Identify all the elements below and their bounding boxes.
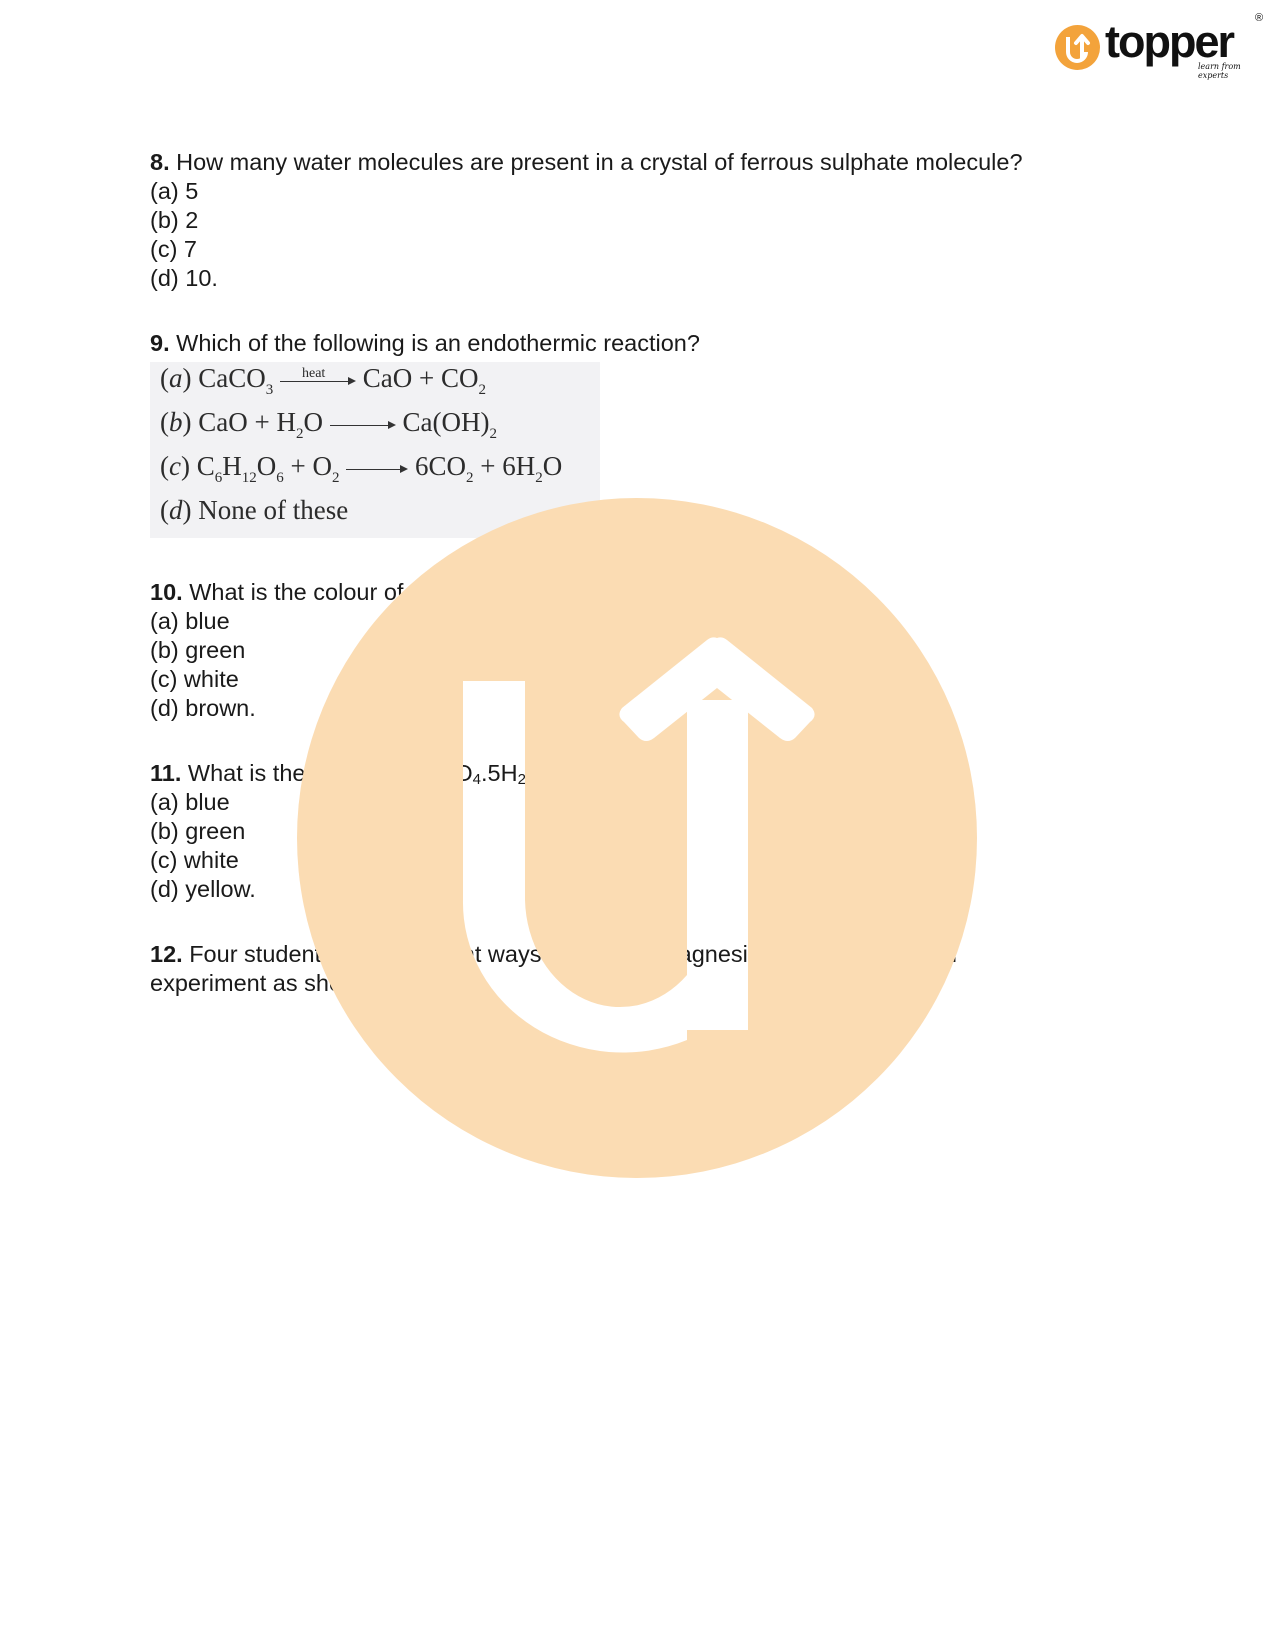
question-body: O? [526,760,557,786]
spacer [150,293,1110,329]
question-10: 10. What is the colour of FeSO4.7H2O? (a… [150,578,1110,723]
spacer [150,904,1110,940]
eq-label: (d) [160,495,192,525]
worksheet-content: 8. How many water molecules are present … [150,148,1110,998]
option-d: (d) brown. [150,694,1110,723]
subscript: 4 [473,771,481,788]
question-body: .7H [480,579,517,605]
u-arrow-up-icon [1055,25,1100,70]
option-c: (c) white [150,846,1110,875]
option-d: (d) 10. [150,264,1110,293]
question-number: 9. [150,330,170,356]
question-9: 9. Which of the following is an endother… [150,329,1110,538]
question-body: Which of the following is an endothermic… [176,330,700,356]
reaction-arrow-icon [346,459,408,479]
reaction-condition: heat [302,359,325,388]
option-c: (c) white [150,665,1110,694]
question-12: 12. Four students used different ways of… [150,940,1010,998]
question-body: Four students used different ways of bur… [150,941,957,996]
question-body: O? [525,579,556,605]
eq-label: (c) [160,451,190,481]
spacer [150,723,1110,759]
option-a: (a) blue [150,607,1110,636]
eq-label: (a) [160,363,192,393]
equation-a: (a) CaCO3 heat CaO + CO2 [160,364,486,404]
option-b: (b) green [150,817,1110,846]
question-number: 10. [150,579,183,605]
option-c: (c) 7 [150,235,1110,264]
option-d: (d) yellow. [150,875,1110,904]
question-11: 11. What is the colour of CuSO4.5H2O? (a… [150,759,1110,904]
question-8: 8. How many water molecules are present … [150,148,1110,293]
reaction-arrow-icon [330,415,396,435]
question-body: What is the colour of CuSO [188,760,473,786]
question-text: 8. How many water molecules are present … [150,148,1110,177]
question-body: What is the colour of FeSO [189,579,471,605]
question-number: 8. [150,149,170,175]
equation-d: (d) None of these [160,496,348,536]
option-b: (b) green [150,636,1110,665]
registered-mark: ® [1255,12,1263,24]
eq-text: None of these [198,495,348,525]
subscript: 2 [516,590,524,607]
question-number: 12. [150,941,183,967]
brand-tagline: learn from experts [1198,62,1270,80]
question-text: 12. Four students used different ways of… [150,940,1010,998]
reaction-arrow-icon: heat [280,371,356,391]
equations-image: (a) CaCO3 heat CaO + CO2 (b) CaO + H2O C… [150,362,600,538]
option-a: (a) blue [150,788,1110,817]
equation-b: (b) CaO + H2O Ca(OH)2 [160,408,497,448]
subscript: 2 [518,771,526,788]
question-number: 11. [150,760,181,786]
question-body: .5H [481,760,518,786]
equation-c: (c) C6H12O6 + O2 6CO2 + 6H2O [160,452,562,492]
question-body: How many water molecules are present in … [176,149,1022,175]
subscript: 4 [471,590,479,607]
eq-label: (b) [160,407,192,437]
option-b: (b) 2 [150,206,1110,235]
topper-logo: topper ® learn from experts [1055,12,1270,74]
option-a: (a) 5 [150,177,1110,206]
question-text: 11. What is the colour of CuSO4.5H2O? [150,759,1110,788]
spacer [150,538,1110,578]
question-text: 10. What is the colour of FeSO4.7H2O? [150,578,1110,607]
question-text: 9. Which of the following is an endother… [150,329,1110,358]
